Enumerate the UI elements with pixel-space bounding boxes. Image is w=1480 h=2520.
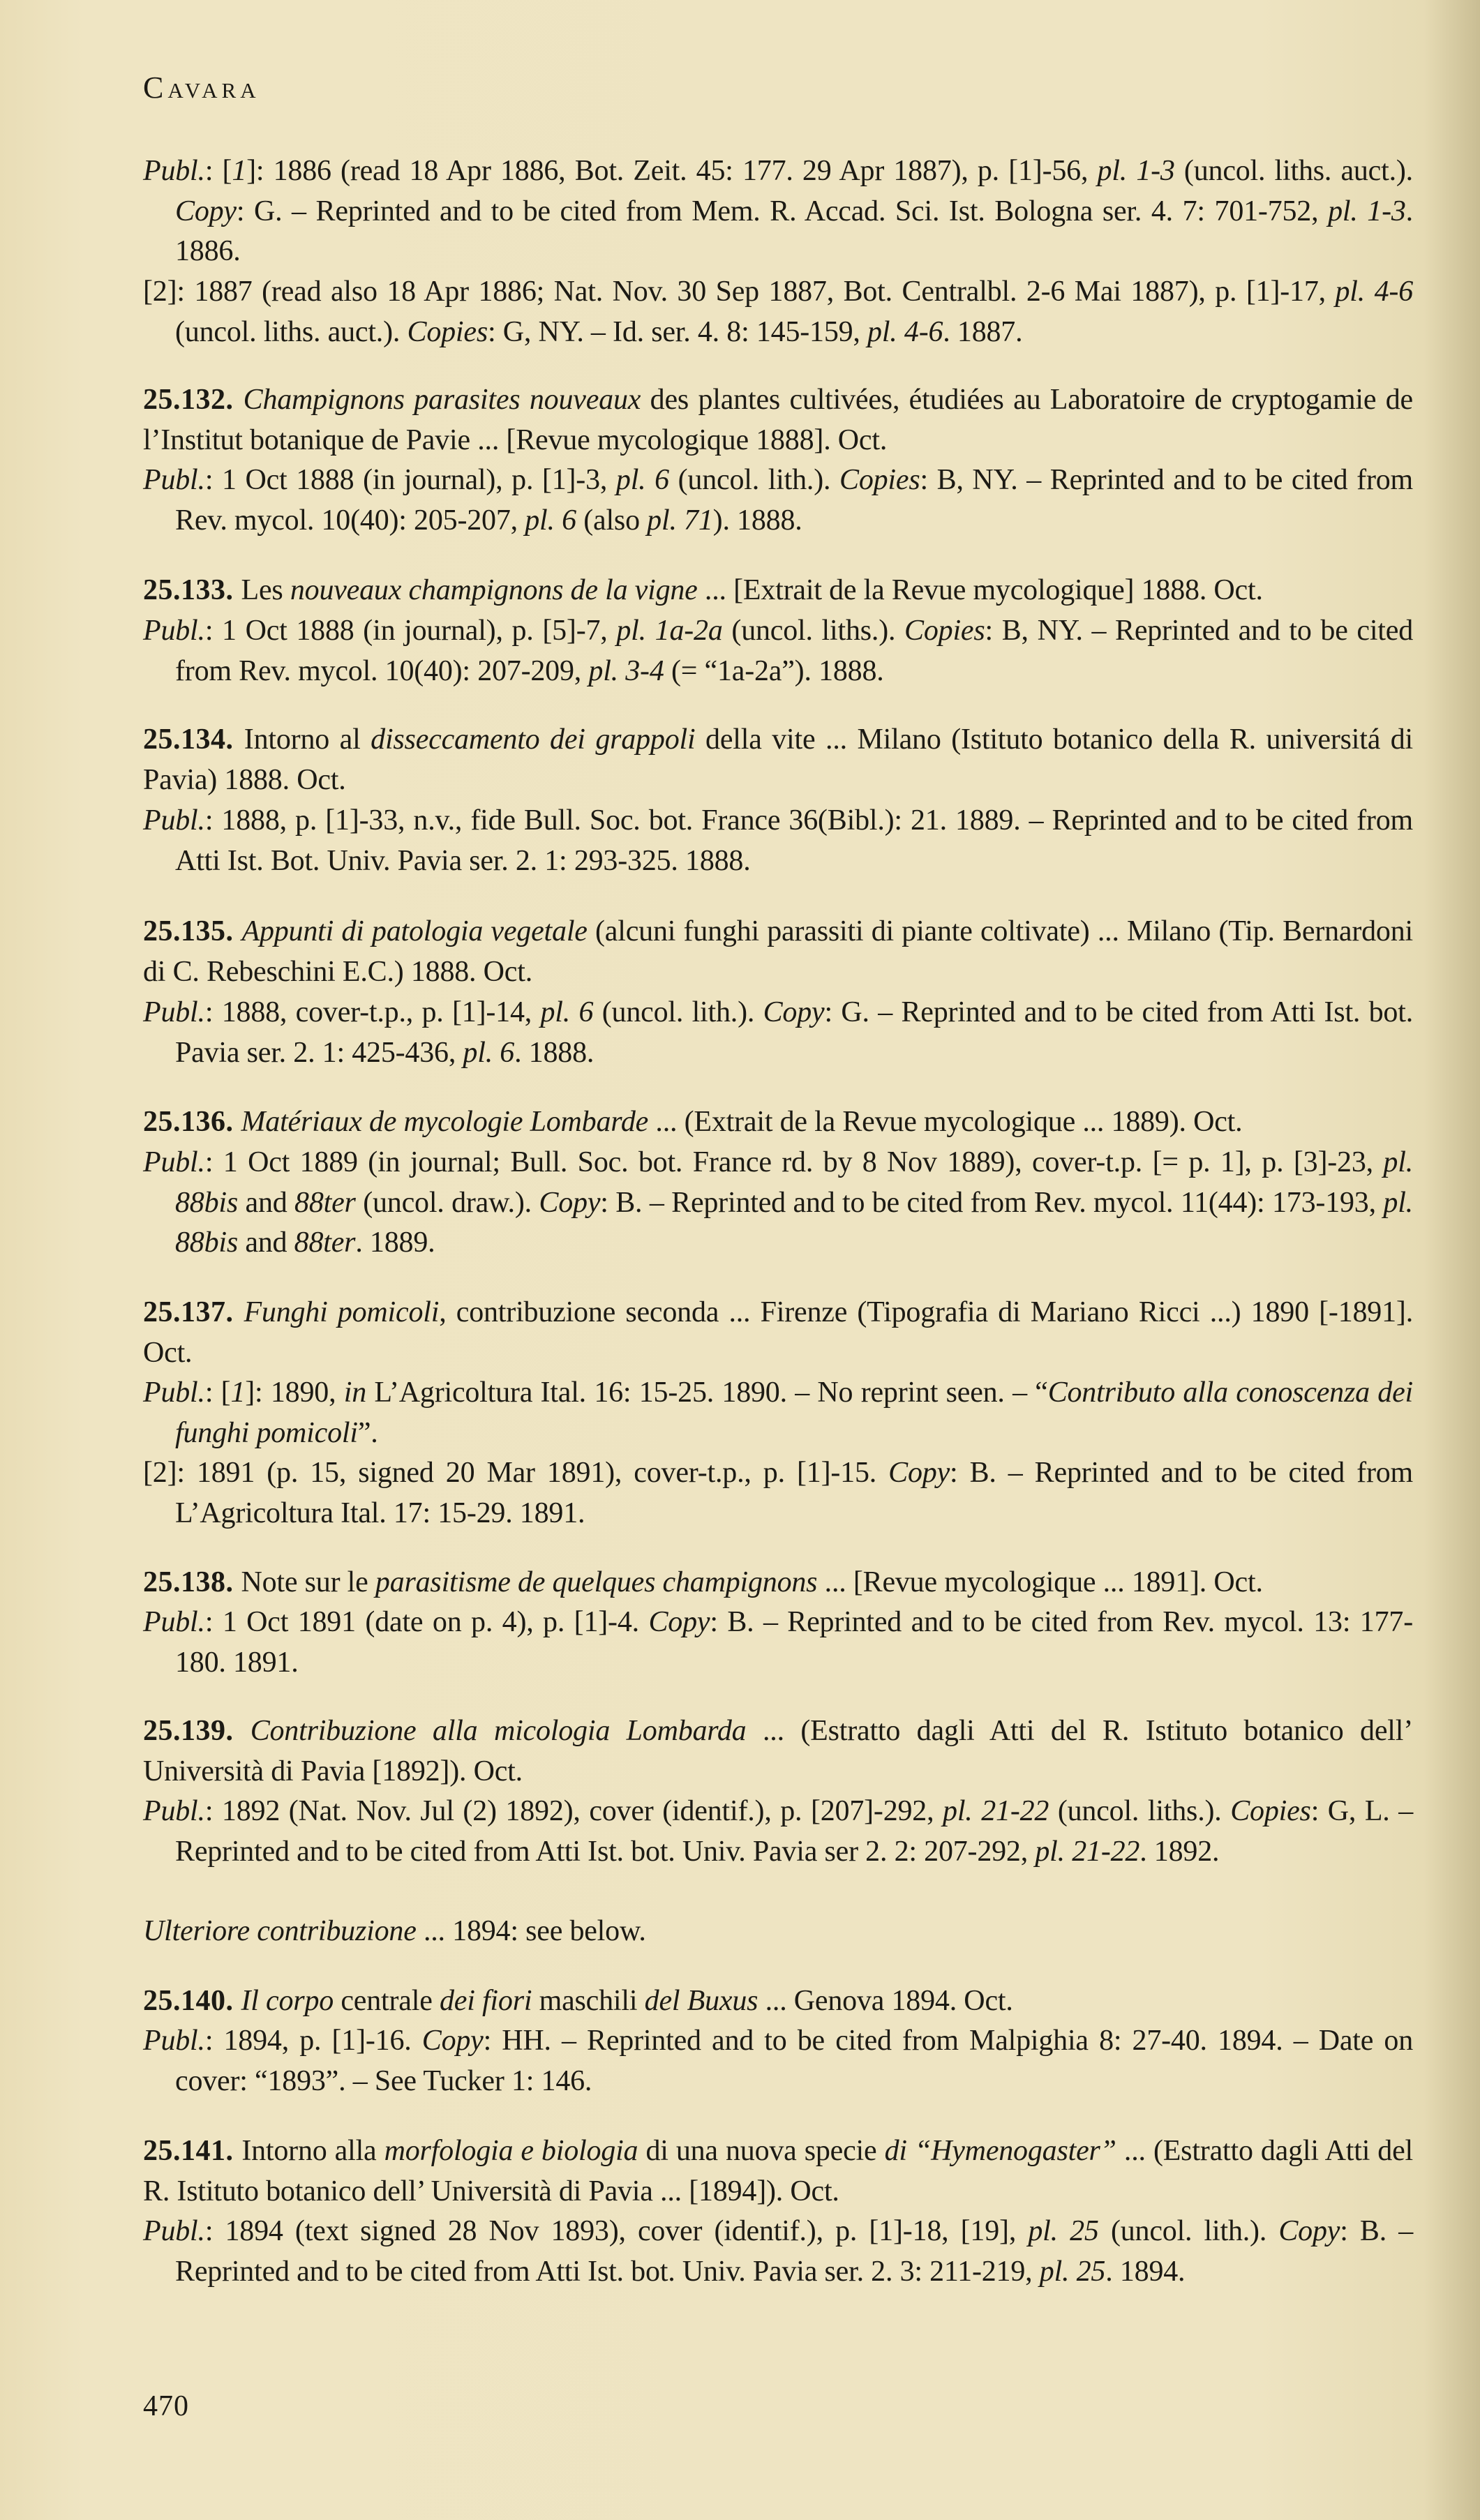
text: [2]: 1887 (read also 18 Apr 1886; Nat. N… — [143, 276, 1335, 308]
italic-text: pl. 21-22 — [943, 1795, 1049, 1827]
text: : 1 Oct 1888 (in journal), p. [1]-3, — [205, 464, 616, 496]
publication-note: Publ.: 1 Oct 1891 (date on p. 4), p. [1]… — [143, 1603, 1413, 1683]
entry-title: 25.134. Intorno al disseccamento dei gra… — [143, 720, 1413, 800]
italic-text: Copy — [648, 1606, 710, 1638]
italic-text: pl. 25 — [1028, 2215, 1098, 2247]
italic-text: Ulteriore contribuzione — [143, 1915, 417, 1947]
publication-note: Publ.: 1 Oct 1888 (in journal), p. [1]-3… — [143, 460, 1413, 541]
entry-number: 25.133. — [143, 574, 241, 606]
text: : 1888, p. [1]-33, n.v., fide Bull. Soc.… — [175, 804, 1413, 877]
entry-number: 25.138. — [143, 1566, 241, 1598]
entry-number: 25.141. — [143, 2135, 241, 2167]
italic-text: Publ. — [143, 1377, 205, 1409]
text: ... [Revue mycologique ... 1891]. Oct. — [817, 1566, 1262, 1598]
publication-note: Publ.: 1 Oct 1889 (in journal; Bull. Soc… — [143, 1143, 1413, 1263]
italic-text: Publ. — [143, 464, 205, 496]
italic-text: Copy — [888, 1457, 950, 1489]
publication-note: Publ.: 1894, p. [1]-16. Copy: HH. – Repr… — [143, 2021, 1413, 2101]
entry-title: 25.138. Note sur le parasitisme de quelq… — [143, 1563, 1413, 1603]
italic-text: Copies — [408, 316, 488, 348]
entry-number: 25.136. — [143, 1106, 241, 1138]
page-number: 470 — [143, 2392, 189, 2421]
book-page: Cavara Publ.: [1]: 1886 (read 18 Apr 188… — [0, 0, 1480, 2520]
entry-number: 25.132. — [143, 384, 244, 416]
text: Intorno al — [244, 723, 371, 756]
entry-number: 25.134. — [143, 723, 244, 756]
italic-text: Copy — [763, 996, 825, 1028]
text: : 1894 (text signed 28 Nov 1893), cover … — [205, 2215, 1029, 2247]
text: ]: 1886 (read 18 Apr 1886, Bot. Zeit. 45… — [246, 155, 1097, 187]
text: : 1 Oct 1891 (date on p. 4), p. [1]-4. — [205, 1606, 649, 1638]
text: (uncol. lith.). — [593, 996, 763, 1028]
italic-text: 1 — [230, 1377, 245, 1409]
entry-number: 25.135. — [143, 915, 242, 947]
italic-text: del Buxus — [645, 1985, 758, 2017]
italic-text: Copy — [539, 1187, 600, 1219]
italic-text: Publ. — [143, 1795, 205, 1827]
italic-text: Publ. — [143, 996, 205, 1028]
italic-text: Publ. — [143, 1146, 205, 1178]
entry-title: 25.140. Il corpo centrale dei fiori masc… — [143, 1981, 1413, 2022]
text: : G, NY. – Id. ser. 4. 8: 145-159, — [488, 316, 867, 348]
italic-text: nouveaux champignons de la vigne — [290, 574, 698, 606]
publication-note: Publ.: 1888, cover-t.p., p. [1]-14, pl. … — [143, 993, 1413, 1073]
text: : G. – Reprinted and to be cited from Me… — [237, 195, 1328, 227]
text: ... Genova 1894. Oct. — [758, 1985, 1012, 2017]
entry-number: 25.139. — [143, 1715, 251, 1747]
text: ]: 1890, — [245, 1377, 343, 1409]
italic-text: pl. 21-22 — [1035, 1836, 1139, 1868]
text: (uncol. liths.). — [723, 615, 904, 647]
italic-text: pl. 6 — [541, 996, 594, 1028]
publication-note: Ulteriore contribuzione ... 1894: see be… — [143, 1912, 1413, 1952]
publication-note: Publ.: [1]: 1890, in L’Agricoltura Ital.… — [143, 1373, 1413, 1453]
italic-text: pl. 6 — [525, 504, 576, 537]
text: . 1889. — [355, 1227, 435, 1259]
italic-text: Publ. — [143, 2025, 205, 2057]
text: (uncol. draw.). — [356, 1187, 539, 1219]
italic-text: pl. 6 — [463, 1037, 514, 1069]
italic-text: Copies — [904, 615, 985, 647]
italic-text: pl. 1-3 — [1098, 155, 1175, 187]
italic-text: Matériaux de mycologie Lombarde — [241, 1106, 649, 1138]
italic-text: Publ. — [143, 1606, 205, 1638]
text: Intorno alla — [241, 2135, 384, 2167]
text: Note sur le — [241, 1566, 375, 1598]
entry-number: 25.140. — [143, 1985, 241, 2017]
text: centrale — [334, 1985, 440, 2017]
publication-note: [2]: 1891 (p. 15, signed 20 Mar 1891), c… — [143, 1453, 1413, 1533]
italic-text: 1 — [232, 155, 246, 187]
entry-title: 25.137. Funghi pomicoli, contribuzione s… — [143, 1293, 1413, 1373]
italic-text: pl. 6 — [616, 464, 669, 496]
italic-text: Copy — [1278, 2215, 1340, 2247]
text: : [ — [205, 155, 232, 187]
entry-title: 25.132. Champignons parasites nouveaux d… — [143, 380, 1413, 460]
text: : 1 Oct 1888 (in journal), p. [5]-7, — [205, 615, 617, 647]
publication-note: Publ.: 1892 (Nat. Nov. Jul (2) 1892), co… — [143, 1792, 1413, 1872]
text: . 1892. — [1139, 1836, 1219, 1868]
entry-title: 25.136. Matériaux de mycologie Lombarde … — [143, 1102, 1413, 1143]
text: . 1894. — [1105, 2256, 1185, 2288]
text: and — [238, 1227, 294, 1259]
text: : 1894, p. [1]-16. — [205, 2025, 422, 2057]
text: : 1888, cover-t.p., p. [1]-14, — [205, 996, 541, 1028]
text: : 1 Oct 1889 (in journal; Bull. Soc. bot… — [205, 1146, 1384, 1178]
text: L’Agricoltura Ital. 16: 15-25. 1890. – N… — [366, 1377, 1048, 1409]
text: (= “1a-2a”). 1888. — [664, 655, 884, 687]
italic-text: Publ. — [143, 804, 205, 837]
text: di una nuova specie — [638, 2135, 884, 2167]
italic-text: pl. 25 — [1040, 2256, 1105, 2288]
text: and — [238, 1187, 294, 1219]
publication-note: Publ.: 1894 (text signed 28 Nov 1893), c… — [143, 2212, 1413, 2292]
text: (uncol. liths. auct.). — [175, 316, 408, 348]
italic-text: Contribuzione alla micologia Lombarda — [251, 1715, 747, 1747]
italic-text: 88ter — [294, 1187, 356, 1219]
publication-note: [2]: 1887 (read also 18 Apr 1886; Nat. N… — [143, 272, 1413, 352]
text: : B. – Reprinted and to be cited from Re… — [600, 1187, 1383, 1219]
text: . 1888. — [514, 1037, 594, 1069]
text: (also — [576, 504, 647, 537]
publication-note: Publ.: 1888, p. [1]-33, n.v., fide Bull.… — [143, 801, 1413, 881]
entry-title: 25.135. Appunti di patologia vegetale (a… — [143, 912, 1413, 992]
text: Les — [241, 574, 290, 606]
text: ”. — [358, 1417, 378, 1449]
entry-title: 25.133. Les nouveaux champignons de la v… — [143, 571, 1413, 611]
italic-text: pl. 3-4 — [588, 655, 664, 687]
text: ... 1894: see below. — [417, 1915, 646, 1947]
text: (uncol. lith.). — [1099, 2215, 1279, 2247]
italic-text: 88ter — [294, 1227, 356, 1259]
italic-text: Publ. — [143, 2215, 205, 2247]
italic-text: Funghi pomicoli — [244, 1296, 439, 1328]
text: : [ — [205, 1377, 231, 1409]
publication-note: Publ.: 1 Oct 1888 (in journal), p. [5]-7… — [143, 611, 1413, 691]
italic-text: Copy — [422, 2025, 484, 2057]
italic-text: Copy — [175, 195, 237, 227]
text: (uncol. lith.). — [669, 464, 839, 496]
italic-text: Publ. — [143, 155, 205, 187]
publication-note: Publ.: [1]: 1886 (read 18 Apr 1886, Bot.… — [143, 151, 1413, 272]
text: ... (Extrait de la Revue mycologique ...… — [648, 1106, 1242, 1138]
text: ). 1888. — [713, 504, 802, 537]
italic-text: Copies — [839, 464, 920, 496]
text: maschili — [532, 1985, 644, 2017]
italic-text: Publ. — [143, 615, 205, 647]
text: (uncol. liths. auct.). — [1175, 155, 1413, 187]
italic-text: pl. 1-3 — [1328, 195, 1406, 227]
italic-text: disseccamento dei grappoli — [371, 723, 695, 756]
italic-text: Copies — [1230, 1795, 1310, 1827]
entry-title: 25.141. Intorno alla morfologia e biolog… — [143, 2131, 1413, 2212]
running-head: Cavara — [143, 73, 260, 103]
text: [2]: 1891 (p. 15, signed 20 Mar 1891), c… — [143, 1457, 888, 1489]
text: ... [Extrait de la Revue mycologique] 18… — [698, 574, 1263, 606]
italic-text: pl. 4-6 — [1335, 276, 1413, 308]
italic-text: di “Hymenogaster” — [885, 2135, 1116, 2167]
italic-text: in — [344, 1377, 366, 1409]
entry-title: 25.139. Contribuzione alla micologia Lom… — [143, 1711, 1413, 1792]
text: : 1892 (Nat. Nov. Jul (2) 1892), cover (… — [205, 1795, 943, 1827]
italic-text: Appunti di patologia vegetale — [242, 915, 588, 947]
italic-text: morfologia e biologia — [384, 2135, 638, 2167]
italic-text: parasitisme de quelques champignons — [375, 1566, 817, 1598]
italic-text: dei fiori — [440, 1985, 532, 2017]
italic-text: Champignons parasites nouveaux — [244, 384, 641, 416]
italic-text: pl. 4-6 — [867, 316, 943, 348]
text: (uncol. liths.). — [1049, 1795, 1230, 1827]
italic-text: pl. 71 — [647, 504, 712, 537]
italic-text: Il corpo — [241, 1985, 334, 2017]
text: . 1887. — [943, 316, 1022, 348]
entry-number: 25.137. — [143, 1296, 244, 1328]
italic-text: pl. 1a-2a — [616, 615, 722, 647]
